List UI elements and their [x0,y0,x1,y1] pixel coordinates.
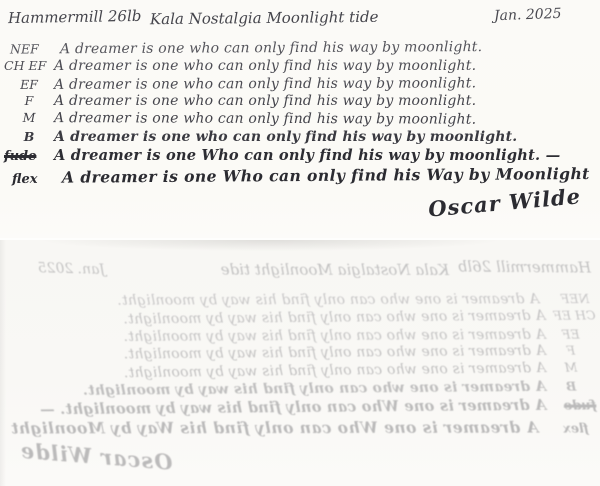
sample-row-ef: EF A dreamer is one who can only find hi… [4,75,596,95]
sample-text: A dreamer is one who can only find his w… [54,110,476,127]
writing-sample-rows: NEF A dreamer is one who can only find h… [4,40,596,187]
sample-text: A dreamer is one who can only find his w… [54,129,517,145]
front-sheet-content: Hammermill 26lb Kala Nostalgia Moonlight… [0,0,600,238]
ink-show-through: Hammermill 26lb Kala Nostalgia Moonlight… [0,249,600,486]
scanned-handwriting-page: { "document": { "header": { "paper": "Ha… [0,0,600,486]
sample-text: A dreamer is one Who can only find his W… [62,164,590,187]
nib-label: EF [4,76,54,91]
ink-name: Kala Nostalgia Moonlight tide [150,8,379,28]
nib-label: B [4,129,54,144]
nib-label: F [4,93,54,108]
date-written: Jan. 2025 [494,6,562,24]
sample-row-m: M A dreamer is one who can only find his… [4,110,596,130]
sample-row-f: F A dreamer is one who can only find his… [4,93,596,111]
sample-text: A dreamer is one who can only find his w… [54,93,476,109]
sample-text: A dreamer is one who can only find his w… [54,75,476,92]
sample-text: A dreamer is one who can only find his w… [54,58,476,74]
scan-back-side: Hammermill 26lb Kala Nostalgia Moonlight… [0,240,600,486]
nib-label: M [4,110,54,125]
sample-row-flex: flex A dreamer is one Who can only find … [4,164,596,189]
sample-row-ch-ef: CH EF A dreamer is one who can only find… [4,58,596,76]
nib-label: flex [4,171,62,186]
sample-row-nef: NEF A dreamer is one who can only find h… [4,38,596,59]
sample-text: A dreamer is one who can only find his w… [60,39,482,57]
nib-label-struck: fude [4,149,54,164]
sample-row-b: B A dreamer is one who can only find his… [4,129,596,147]
sample-row-fude: fude A dreamer is one Who can only find … [4,147,596,166]
nib-label: NEF [4,41,60,56]
nib-label: CH EF [4,58,54,73]
header-line: Hammermill 26lb Kala Nostalgia Moonlight… [0,6,600,32]
oscar-wilde-signature: Oscar Wilde [427,183,582,221]
scan-front-side: Hammermill 26lb Kala Nostalgia Moonlight… [0,0,600,239]
sample-text: A dreamer is one Who can only find his w… [54,147,560,164]
paper-name: Hammermill 26lb [8,7,142,27]
